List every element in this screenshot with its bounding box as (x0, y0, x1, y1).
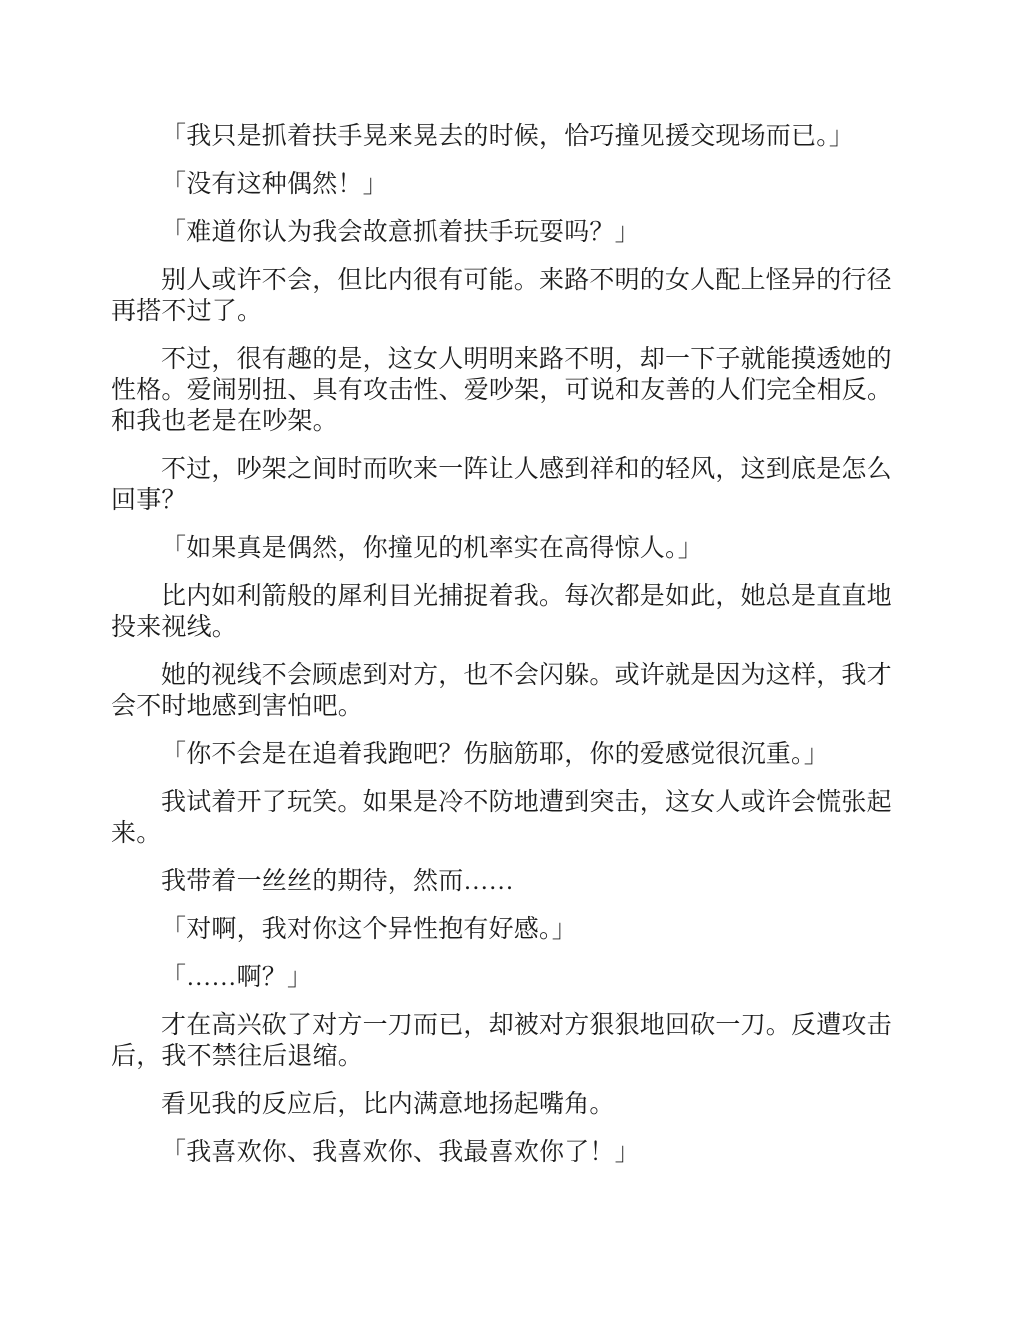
paragraph: 别人或许不会，但比内很有可能。来路不明的女人配上怪异的行径再搭不过了。 (111, 265, 909, 327)
paragraph: 「我喜欢你、我喜欢你、我最喜欢你了！」 (111, 1137, 909, 1168)
paragraph: 「对啊，我对你这个异性抱有好感。」 (111, 914, 909, 945)
paragraph: 「如果真是偶然，你撞见的机率实在高得惊人。」 (111, 533, 909, 564)
paragraph: 看见我的反应后，比内满意地扬起嘴角。 (111, 1089, 909, 1120)
paragraph: 比内如利箭般的犀利目光捕捉着我。每次都是如此，她总是直直地投来视线。 (111, 581, 909, 643)
text-content: 「我只是抓着扶手晃来晃去的时候，恰巧撞见援交现场而已。」 「没有这种偶然！」 「… (111, 121, 909, 1168)
paragraph: 不过，吵架之间时而吹来一阵让人感到祥和的轻风，这到底是怎么回事？ (111, 454, 909, 516)
paragraph: 她的视线不会顾虑到对方，也不会闪躲。或许就是因为这样，我才会不时地感到害怕吧。 (111, 660, 909, 722)
paragraph: 「没有这种偶然！」 (111, 169, 909, 200)
paragraph: 「……啊？」 (111, 962, 909, 993)
paragraph: 「你不会是在追着我跑吧？伤脑筋耶，你的爱感觉很沉重。」 (111, 739, 909, 770)
novel-page: 「我只是抓着扶手晃来晃去的时候，恰巧撞见援交现场而已。」 「没有这种偶然！」 「… (0, 0, 1020, 1320)
paragraph: 才在高兴砍了对方一刀而已，却被对方狠狠地回砍一刀。反遭攻击后，我不禁往后退缩。 (111, 1010, 909, 1072)
paragraph: 我试着开了玩笑。如果是冷不防地遭到突击，这女人或许会慌张起来。 (111, 787, 909, 849)
paragraph: 「难道你认为我会故意抓着扶手玩耍吗？」 (111, 217, 909, 248)
paragraph: 我带着一丝丝的期待，然而…… (111, 866, 909, 897)
paragraph: 不过，很有趣的是，这女人明明来路不明，却一下子就能摸透她的性格。爱闹别扭、具有攻… (111, 344, 909, 437)
paragraph: 「我只是抓着扶手晃来晃去的时候，恰巧撞见援交现场而已。」 (111, 121, 909, 152)
